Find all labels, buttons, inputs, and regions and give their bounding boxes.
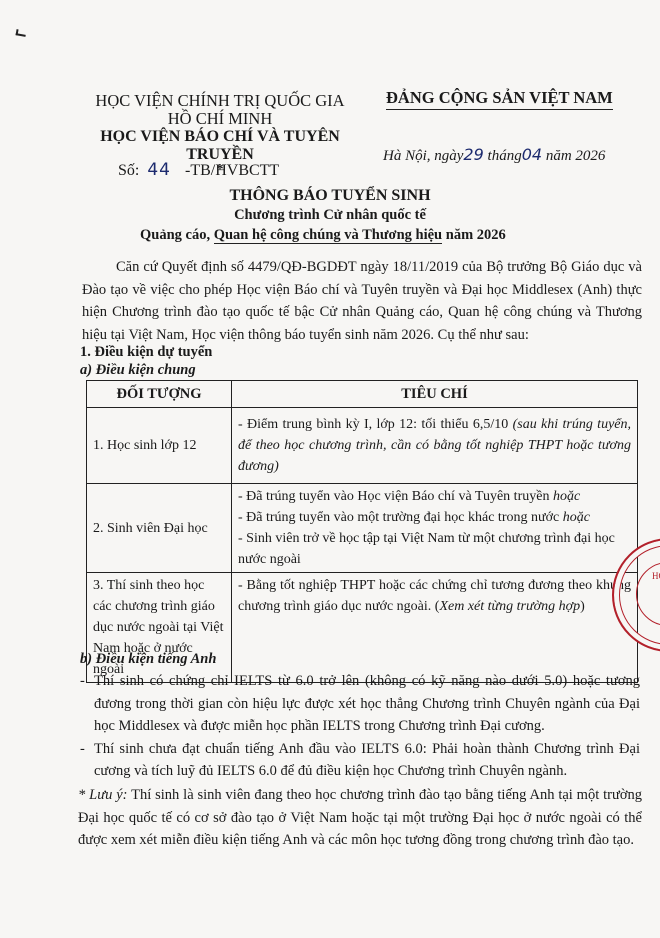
subtitle-post: năm 2026: [442, 227, 506, 243]
criteria-cell: - Điểm trung bình kỳ I, lớp 12: tối thiể…: [232, 408, 638, 484]
subtitle-pre: Quảng cáo,: [140, 227, 214, 243]
criteria-line: - Đã trúng tuyển vào một trường đại học …: [238, 507, 631, 528]
note-label: * Lưu ý:: [78, 787, 128, 803]
org-line-2: HỒ CHÍ MINH: [70, 110, 370, 128]
criteria-text: - Sinh viên trở về học tập tại Việt Nam …: [238, 531, 615, 567]
note-paragraph: * Lưu ý: Thí sinh là sinh viên đang theo…: [78, 784, 642, 852]
note-text: Thí sinh là sinh viên đang theo học chươ…: [78, 787, 642, 848]
bullet-dash: -: [80, 670, 85, 693]
table-header-row: ĐỐI TƯỢNG TIÊU CHÍ: [87, 381, 638, 408]
column-header-criteria: TIÊU CHÍ: [232, 381, 638, 408]
list-item: -Thí sinh có chứng chỉ IELTS từ 6.0 trở …: [80, 670, 640, 738]
criteria-text: - Đã trúng tuyển vào Học viện Báo chí và…: [238, 489, 553, 504]
section-1-heading: 1. Điều kiện dự tuyển: [80, 344, 212, 361]
org-line-3: HỌC VIỆN BÁO CHÍ VÀ TUYÊN TRUYỀN: [70, 128, 370, 164]
criteria-text: - Điểm trung bình kỳ I, lớp 12: tối thiể…: [238, 417, 513, 432]
section-1b-heading: b) Điều kiện tiếng Anh: [80, 651, 216, 668]
column-header-subject: ĐỐI TƯỢNG: [87, 381, 232, 408]
subject-cell: 2. Sinh viên Đại học: [87, 484, 232, 573]
date-year: năm 2026: [546, 148, 606, 164]
bullet-dash: -: [80, 738, 85, 761]
scan-mark: [16, 29, 27, 37]
document-subtitle-1: Chương trình Cử nhân quốc tế: [0, 207, 660, 224]
list-item: -Thí sinh chưa đạt chuẩn tiếng Anh đầu v…: [80, 738, 640, 783]
bullet-text: Thí sinh chưa đạt chuẩn tiếng Anh đầu và…: [94, 741, 640, 780]
date-day: 29: [463, 145, 483, 164]
date-prefix: Hà Nội, ngày: [383, 148, 463, 164]
number-handwritten: 44: [147, 160, 171, 180]
document-number: Số:44-TB/HVBCTT: [118, 160, 279, 180]
criteria-text: - Đã trúng tuyển vào một trường đại học …: [238, 510, 563, 525]
party-header: ĐẢNG CỘNG SẢN VIỆT NAM: [386, 88, 613, 110]
english-requirements-list: -Thí sinh có chứng chỉ IELTS từ 6.0 trở …: [80, 670, 640, 783]
section-1a-heading: a) Điều kiện chung: [80, 362, 196, 379]
intro-paragraph: Căn cứ Quyết định số 4479/QĐ-BGDĐT ngày …: [82, 256, 642, 346]
intro-text: Căn cứ Quyết định số 4479/QĐ-BGDĐT ngày …: [82, 259, 642, 343]
seal-text: HỌ B VÀ T: [652, 570, 660, 582]
criteria-suffix: hoặc: [553, 489, 580, 504]
eligibility-table: ĐỐI TƯỢNG TIÊU CHÍ 1. Học sinh lớp 12 - …: [86, 380, 638, 683]
document-date: Hà Nội, ngày29 tháng04 năm 2026: [383, 145, 605, 165]
number-label: Số:: [118, 162, 139, 179]
criteria-suffix: hoặc: [563, 510, 590, 525]
bullet-text: Thí sinh có chứng chỉ IELTS từ 6.0 trở l…: [94, 673, 640, 734]
criteria-close: ): [580, 599, 585, 614]
subtitle-underlined: Quan hệ công chúng và Thương hiệu: [214, 227, 442, 244]
number-suffix: -TB/HVBCTT: [185, 162, 279, 179]
table-row: 2. Sinh viên Đại học - Đã trúng tuyển và…: [87, 484, 638, 573]
date-month-label: tháng: [488, 148, 522, 164]
table-row: 1. Học sinh lớp 12 - Điểm trung bình kỳ …: [87, 408, 638, 484]
subject-cell: 1. Học sinh lớp 12: [87, 408, 232, 484]
date-month: 04: [522, 145, 542, 164]
document-subtitle-2: Quảng cáo, Quan hệ công chúng và Thương …: [140, 227, 506, 244]
criteria-cell: - Bằng tốt nghiệp THPT hoặc các chứng ch…: [232, 573, 638, 683]
criteria-line: - Sinh viên trở về học tập tại Việt Nam …: [238, 528, 631, 570]
criteria-line: - Đã trúng tuyển vào Học viện Báo chí và…: [238, 486, 631, 507]
org-line-1: HỌC VIỆN CHÍNH TRỊ QUỐC GIA: [70, 92, 370, 110]
criteria-note: Xem xét từng trường hợp: [439, 599, 580, 614]
document-title: THÔNG BÁO TUYỂN SINH: [0, 187, 660, 205]
criteria-cell: - Đã trúng tuyển vào Học viện Báo chí và…: [232, 484, 638, 573]
